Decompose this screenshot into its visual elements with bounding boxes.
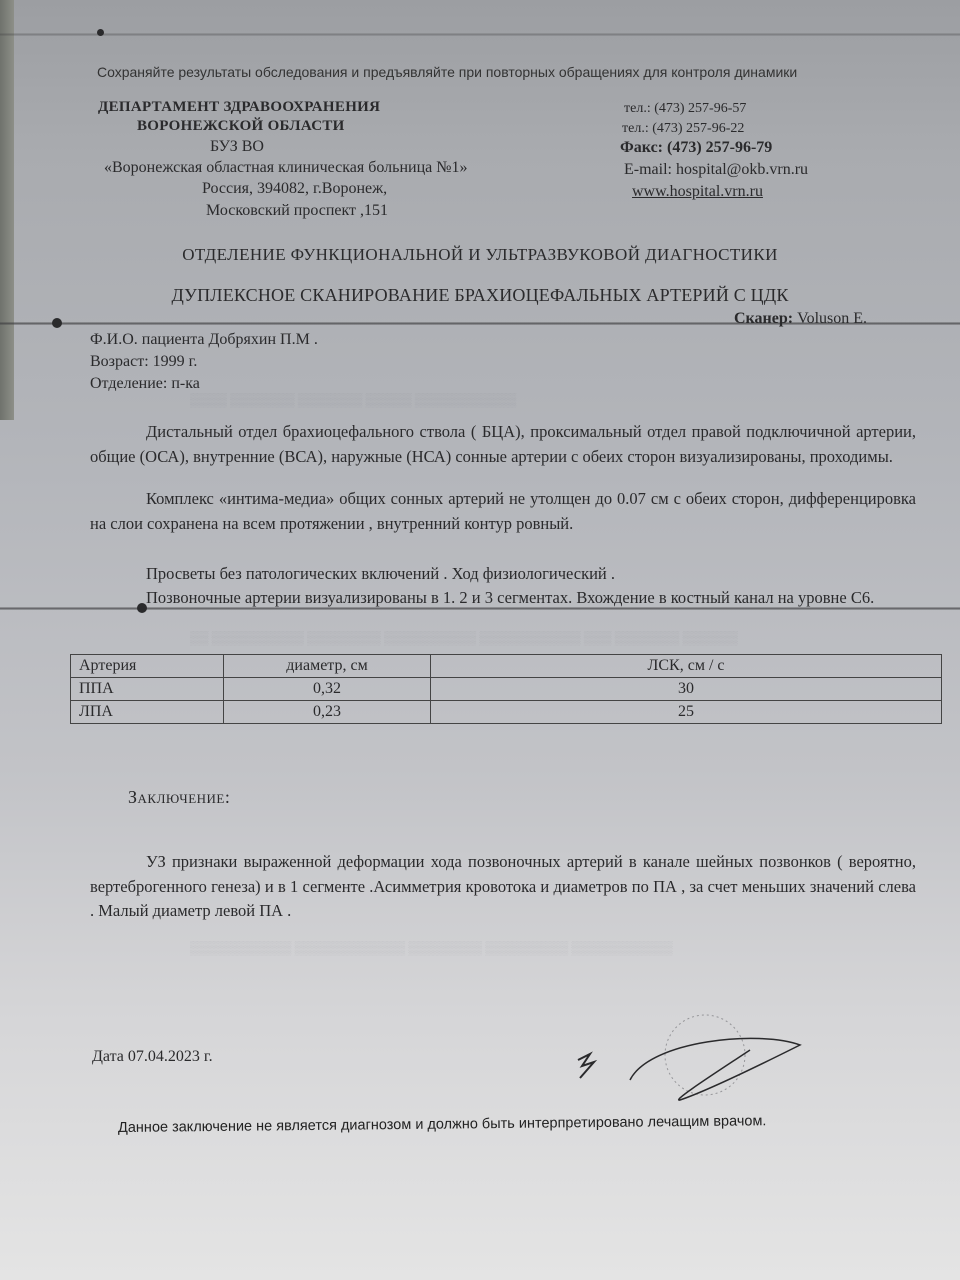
exam-title: ДУПЛЕКСНОЕ СКАНИРОВАНИЕ БРАХИОЦЕФАЛЬНЫХ …	[0, 285, 960, 306]
scanner-info: Сканер: Voluson E.	[734, 310, 867, 328]
conclusion-heading: Заключение:	[128, 787, 230, 808]
hospital-name: «Воронежская областная клиническая больн…	[104, 159, 468, 177]
staple-hole	[97, 29, 104, 36]
vertebral-artery-table: Артерия диаметр, см ЛСК, см / с ППА 0,32…	[70, 654, 942, 724]
findings-paragraph-1: Дистальный отдел брахиоцефального ствола…	[90, 420, 916, 469]
department-title: ОТДЕЛЕНИЕ ФУНКЦИОНАЛЬНОЙ И УЛЬТРАЗВУКОВО…	[0, 245, 960, 265]
fold-line	[0, 33, 960, 36]
patient-name: Ф.И.О. пациента Добряхин П.М .	[90, 331, 318, 349]
findings-paragraph-4: Позвоночные артерии визуализированы в 1.…	[90, 586, 916, 611]
address-line2: Московский проспект ,151	[206, 202, 388, 220]
website-link: www.hospital.vrn.ru	[632, 183, 763, 201]
table-cell: 25	[431, 701, 942, 724]
org-type: БУЗ ВО	[210, 138, 264, 156]
patient-department: Отделение: п-ка	[90, 375, 200, 393]
fax: Факс: (473) 257-96-79	[620, 139, 772, 157]
scanner-label: Сканер:	[734, 310, 793, 327]
staple-hole	[52, 318, 62, 328]
department-name-line1: ДЕПАРТАМЕНТ ЗДРАВООХРАНЕНИЯ	[98, 99, 380, 116]
disclaimer: Данное заключение не является диагнозом …	[118, 1113, 767, 1136]
department-name-line2: ВОРОНЕЖСКОЙ ОБЛАСТИ	[137, 118, 345, 135]
bleed-through-text: ▒▒▒▒ ▒▒▒▒▒▒▒ ▒▒▒▒▒▒▒ ▒▒▒▒▒ ▒▒▒▒▒▒▒▒▒▒▒	[190, 392, 516, 408]
address-line1: Россия, 394082, г.Воронеж,	[202, 180, 387, 198]
scanner-value: Voluson E.	[797, 310, 867, 327]
phone-1: тел.: (473) 257-96-57	[624, 101, 746, 117]
conclusion-text: УЗ признаки выраженной деформации хода п…	[90, 850, 916, 924]
background-fabric-edge	[0, 0, 14, 420]
table-row: ЛПА 0,23 25	[71, 701, 942, 724]
findings-paragraph-3: Просветы без патологических включений . …	[90, 562, 916, 587]
patient-age: Возраст: 1999 г.	[90, 353, 197, 371]
bleed-through-text: ▒▒▒▒▒▒▒▒▒▒▒ ▒▒▒▒▒▒▒▒▒▒▒▒ ▒▒▒▒▒▒▒▒ ▒▒▒▒▒▒…	[190, 940, 673, 956]
table-header-row: Артерия диаметр, см ЛСК, см / с	[71, 655, 942, 678]
signature-and-stamp-icon	[560, 1010, 820, 1120]
table-cell: ЛПА	[71, 701, 224, 724]
bleed-through-text: ▒▒ ▒▒▒▒▒▒▒▒▒▒ ▒▒▒▒▒▒▒▒ ▒▒▒▒▒▒▒▒▒▒ ▒▒▒▒▒▒…	[190, 630, 738, 646]
table-cell: 0,32	[224, 678, 431, 701]
email: E-mail: hospital@okb.vrn.ru	[624, 161, 808, 179]
table-cell: 30	[431, 678, 942, 701]
table-cell: 0,23	[224, 701, 431, 724]
table-row: ППА 0,32 30	[71, 678, 942, 701]
findings-paragraph-2: Комплекс «интима-медиа» общих сонных арт…	[90, 487, 916, 536]
column-header: Артерия	[71, 655, 224, 678]
column-header: ЛСК, см / с	[431, 655, 942, 678]
phone-2: тел.: (473) 257-96-22	[622, 121, 744, 137]
table-cell: ППА	[71, 678, 224, 701]
report-date: Дата 07.04.2023 г.	[92, 1048, 213, 1066]
retain-results-note: Сохраняйте результаты обследования и пре…	[97, 64, 797, 80]
column-header: диаметр, см	[224, 655, 431, 678]
